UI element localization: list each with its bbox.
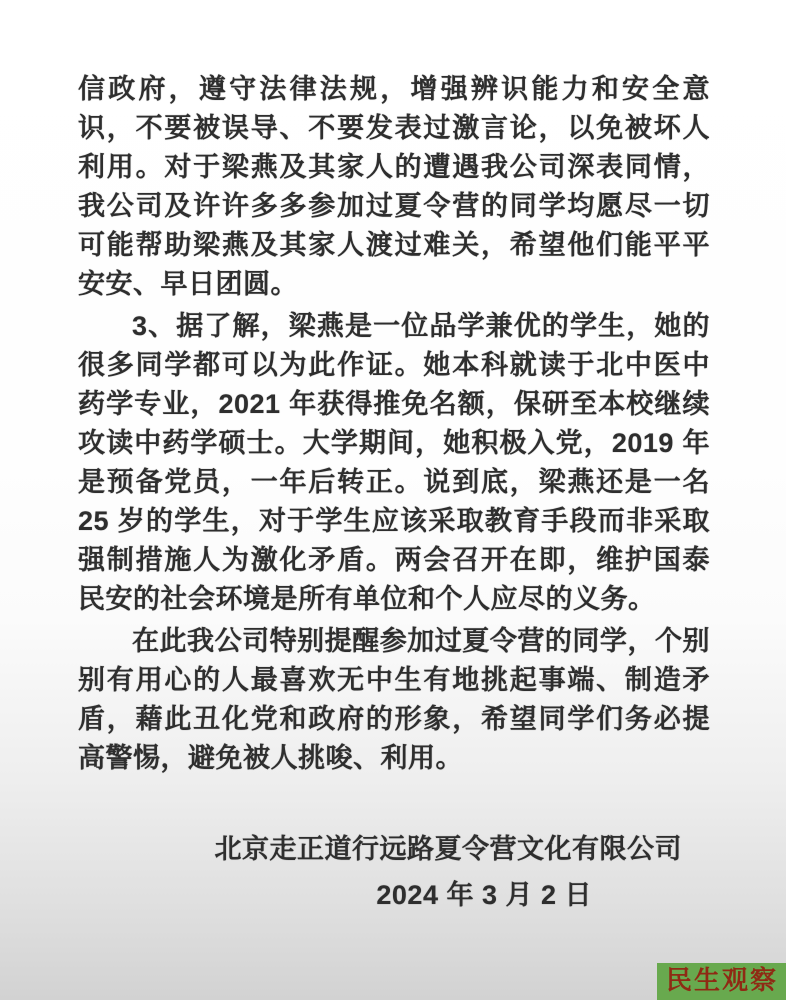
document-body: 信政府，遵守法律法规，增强辨识能力和安全意识，不要被误导、不要发表过激言论，以免… <box>78 70 710 915</box>
paragraph-point-3: 3、据了解，梁燕是一位品学兼优的学生，她的很多同学都可以为此作证。她本科就读于北… <box>78 307 710 619</box>
signature-block: 北京走正道行远路夏令营文化有限公司 2024 年 3 月 2 日 <box>78 830 710 915</box>
watermark-badge: 民生观察 <box>657 963 786 1000</box>
paragraph-reminder: 在此我公司特别提醒参加过夏令营的同学，个别别有用心的人最喜欢无中生有地挑起事端、… <box>78 622 710 778</box>
document-page: 信政府，遵守法律法规，增强辨识能力和安全意识，不要被误导、不要发表过激言论，以免… <box>0 0 786 1000</box>
document-date: 2024 年 3 月 2 日 <box>78 876 710 915</box>
watermark-label: 民生观察 <box>666 968 778 994</box>
paragraph-continuation: 信政府，遵守法律法规，增强辨识能力和安全意识，不要被误导、不要发表过激言论，以免… <box>78 70 710 304</box>
company-signature: 北京走正道行远路夏令营文化有限公司 <box>78 830 710 869</box>
